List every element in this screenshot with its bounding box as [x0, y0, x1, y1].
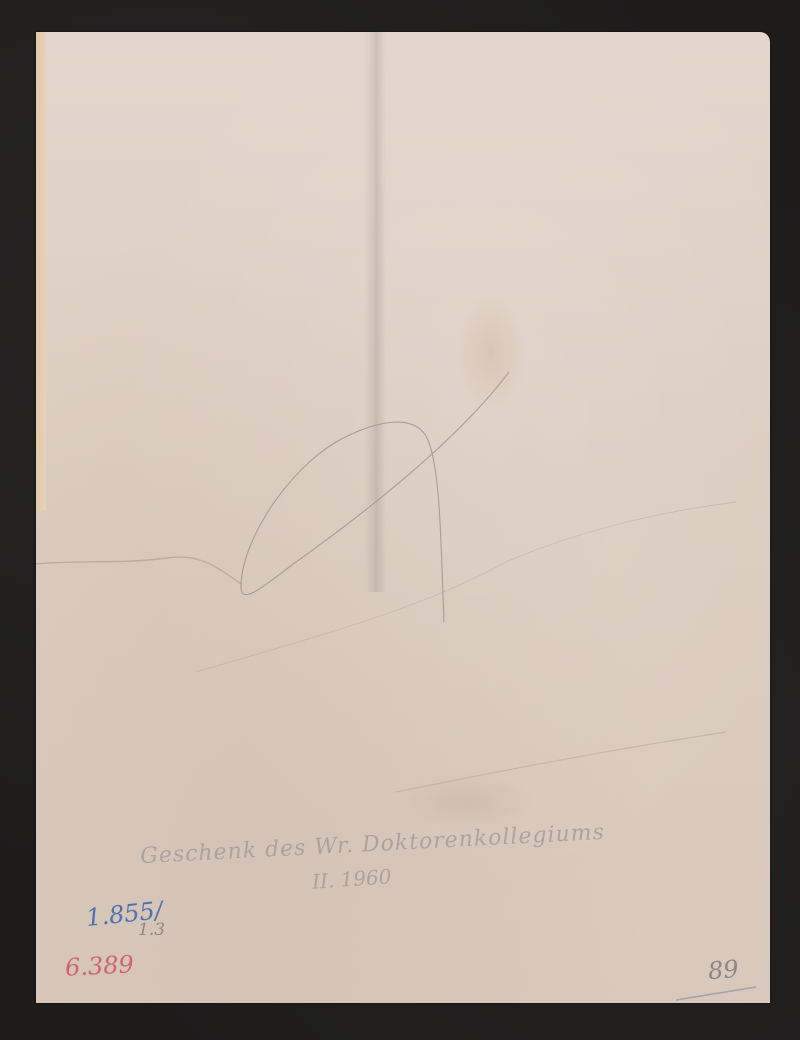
inventory-number-red: 6.389	[64, 950, 134, 982]
page-number: 89	[707, 955, 740, 986]
inventory-number-suffix: 1.3	[138, 920, 165, 940]
paper-sheet: Geschenk des Wr. Doktorenkollegiums II. …	[36, 32, 770, 1003]
